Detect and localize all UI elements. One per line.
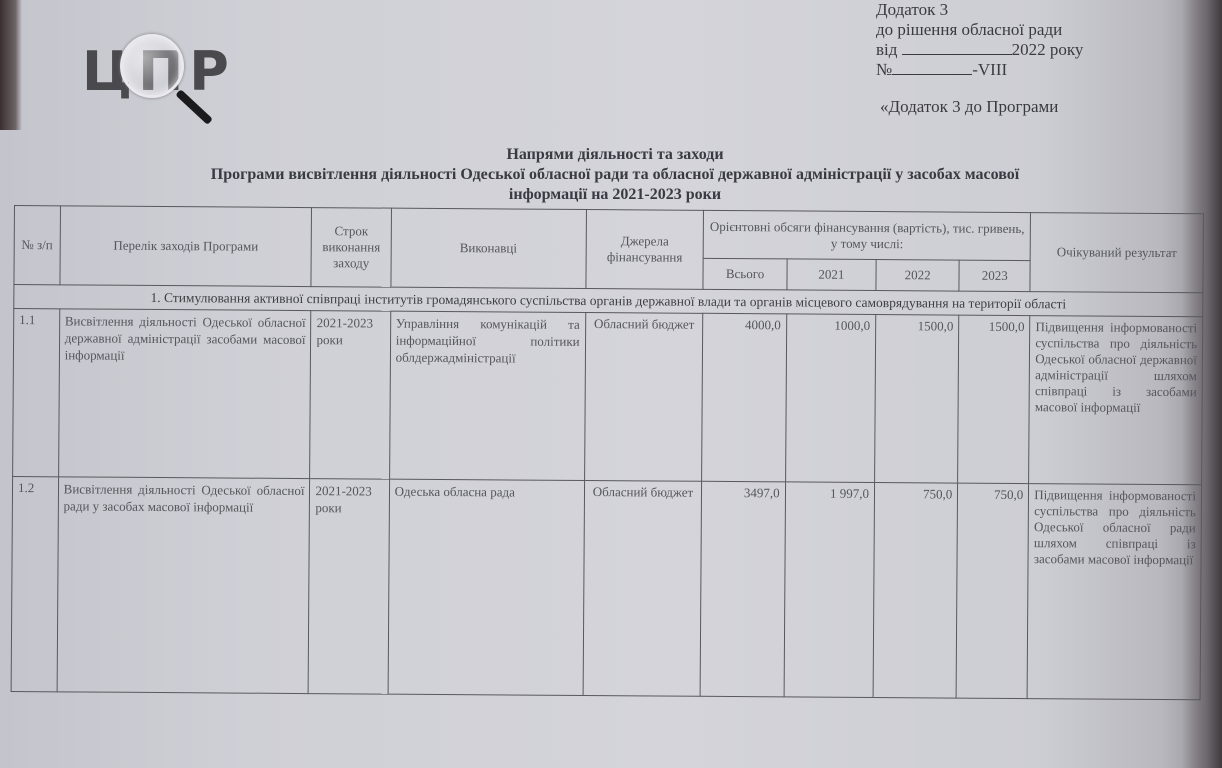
magnifier-icon (120, 34, 184, 98)
header-sources: Джерела фінансування (586, 209, 704, 289)
row-result: Підвищення інформованості суспільства пр… (1029, 316, 1203, 485)
header-executors: Виконавці (391, 208, 586, 288)
row-2022: 750,0 (873, 483, 958, 699)
row-term: 2021-2023 роки (310, 311, 390, 480)
header-term: Строк виконання заходу (311, 208, 391, 288)
header-row-1: № з/п Перелік заходів Програми Строк вик… (14, 206, 1203, 262)
title-line-2: Програми висвітлення діяльності Одеської… (90, 165, 1140, 185)
title-line-3: інформації на 2021-2023 роки (90, 185, 1140, 205)
table-row: 1.1 Висвітлення діяльності Одеської обла… (13, 309, 1203, 485)
annex-reference: «Додаток 3 до Програми (880, 97, 1058, 117)
approval-stamp: Додаток 3 до рішення обласної ради від 2… (876, 0, 1083, 80)
row-num: 1.2 (11, 476, 58, 691)
header-result: Очікуваний результат (1030, 213, 1203, 293)
row-2022: 1500,0 (875, 315, 959, 484)
approval-number-line: №-VIII (876, 60, 1083, 80)
program-measures-table: № з/п Перелік заходів Програми Строк вик… (11, 205, 1204, 700)
row-total: 3497,0 (700, 481, 785, 697)
row-measure: Висвітлення діяльності Одеської обласної… (58, 309, 311, 479)
row-executor: Управління комунікацій та інформаційної … (389, 311, 585, 480)
row-2021: 1000,0 (785, 314, 876, 483)
row-source: Обласний бюджет (583, 480, 702, 696)
background-shadow (0, 0, 22, 130)
row-num: 1.1 (13, 309, 60, 477)
number-blank (892, 60, 972, 75)
approval-line-1: Додаток 3 (876, 0, 1083, 20)
header-2023: 2023 (959, 260, 1030, 291)
title-line-1: Напрями діяльності та заходи (90, 145, 1140, 165)
approval-date-line: від 2022 року (876, 40, 1083, 60)
table-row: 1.2 Висвітлення діяльності Одеської обла… (11, 476, 1201, 699)
document-title: Напрями діяльності та заходи Програми ви… (90, 145, 1140, 205)
row-2021: 1 997,0 (784, 482, 875, 698)
row-result: Підвищення інформованості суспільства пр… (1027, 484, 1201, 700)
row-2023: 1500,0 (958, 315, 1030, 483)
row-term: 2021-2023 роки (309, 479, 390, 695)
date-blank (902, 40, 1012, 55)
row-measure: Висвітлення діяльності Одеської обласної… (57, 477, 310, 694)
watermark-logo: ЦПР (82, 40, 232, 130)
row-source: Обласний бюджет (584, 312, 703, 481)
header-2022: 2022 (876, 260, 959, 292)
header-measures: Перелік заходів Програми (60, 206, 312, 287)
row-2023: 750,0 (956, 483, 1029, 698)
approval-line-2: до рішення обласної ради (876, 20, 1083, 40)
header-num: № з/п (14, 206, 60, 285)
header-funding: Орієнтовні обсяги фінансування (вартість… (704, 210, 1031, 260)
row-executor: Одеська обласна рада (388, 479, 584, 695)
header-2021: 2021 (787, 259, 877, 291)
header-total: Всього (703, 258, 786, 290)
row-total: 4000,0 (702, 313, 786, 482)
